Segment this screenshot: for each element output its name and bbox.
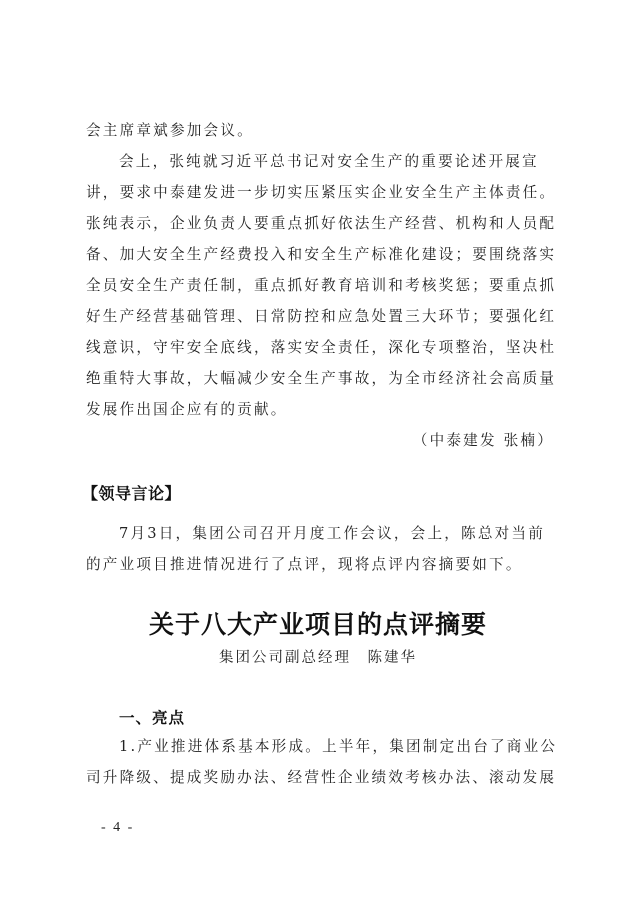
text-line: 7月3日，集团公司召开月度工作会议，会上，陈总对当前 (86, 518, 558, 549)
text-line: 发展作出国企应有的贡献。 (86, 394, 558, 425)
item-text: 上半年，集团制定出台了商业公 (322, 738, 557, 755)
attribution: （中泰建发 张楠） (86, 425, 558, 456)
text-line: 好生产经营基础管理、日常防控和应急处置三大环节；要强化红 (86, 301, 558, 332)
text-line: 1.产业推进体系基本形成。上半年，集团制定出台了商业公 (86, 731, 558, 762)
article-title: 关于八大产业项目的点评摘要 (0, 605, 636, 641)
section-heading-highlights: 一、亮点 (119, 706, 185, 728)
item-lead: 1.产业推进体系基本形成。 (119, 738, 322, 755)
paragraph-leader-intro: 7月3日，集团公司召开月度工作会议，会上，陈总对当前 的产业项目推进情况进行了点… (86, 518, 558, 580)
text-line: 讲，要求中泰建发进一步切实压紧压实企业安全生产主体责任。 (86, 177, 558, 208)
text-line: 绝重特大事故，大幅减少安全生产事故，为全市经济社会高质量 (86, 363, 558, 394)
paragraph-item-1: 1.产业推进体系基本形成。上半年，集团制定出台了商业公 司升降级、提成奖励办法、… (86, 731, 558, 793)
text-line: 备、加大安全生产经费投入和安全生产标准化建设；要围绕落实 (86, 239, 558, 270)
text-line: 会上，张纯就习近平总书记对安全生产的重要论述开展宣 (86, 146, 558, 177)
document-page: 会主席章斌参加会议。 会上，张纯就习近平总书记对安全生产的重要论述开展宣 讲，要… (0, 0, 636, 900)
text-line: 司升降级、提成奖励办法、经营性企业绩效考核办法、滚动发展 (86, 762, 558, 793)
text-line: 会主席章斌参加会议。 (86, 115, 558, 146)
text-line: 线意识，守牢安全底线，落实安全责任，深化专项整治，坚决杜 (86, 332, 558, 363)
text-line: 全员安全生产责任制，重点抓好教育培训和考核奖惩；要重点抓 (86, 270, 558, 301)
section-heading-leader-remarks: 【领导言论】 (82, 481, 181, 504)
text-line: 的产业项目推进情况进行了点评，现将点评内容摘要如下。 (86, 549, 558, 580)
page-number: - 4 - (101, 820, 134, 836)
article-byline: 集团公司副总经理 陈建华 (0, 646, 636, 667)
text-line: 张纯表示，企业负责人要重点抓好依法生产经营、机构和人员配 (86, 208, 558, 239)
paragraph-safety-meeting: 会主席章斌参加会议。 会上，张纯就习近平总书记对安全生产的重要论述开展宣 讲，要… (86, 115, 558, 456)
